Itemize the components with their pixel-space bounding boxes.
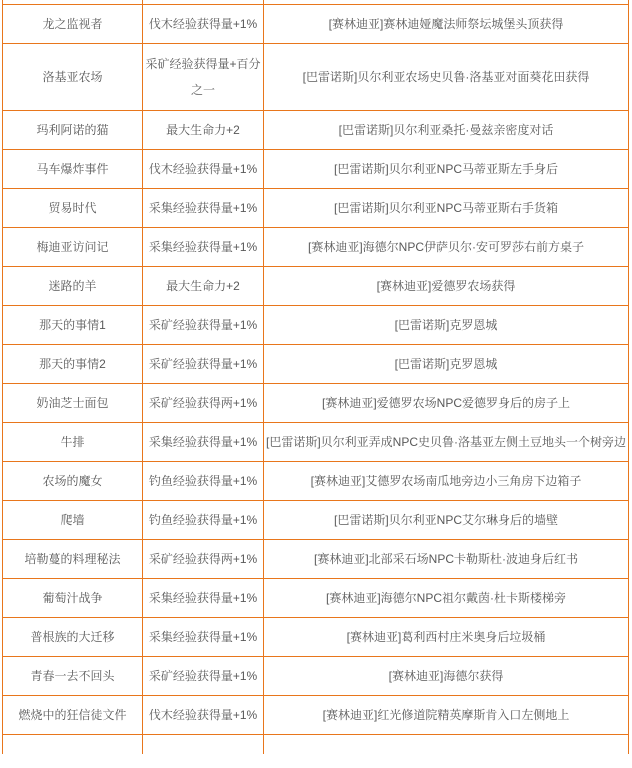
table-row: 牛排 采集经验获得量+1% [巴雷诺斯]贝尔利亚弄成NPC史贝鲁·洛基亚左侧土豆… (3, 422, 629, 461)
knowledge-location: [赛林迪亚]艾德罗农场南瓜地旁边小三角房下边箱子 (311, 474, 582, 488)
effect-cell: 最大生命力+2 (143, 110, 264, 149)
effect-cell: 采矿经验获得量+1% (143, 344, 264, 383)
knowledge-name: 迷路的羊 (48, 279, 96, 293)
name-cell: 奶油芝士面包 (3, 383, 143, 422)
knowledge-location: [巴雷诺斯]贝尔利亚弄成NPC史贝鲁·洛基亚左侧土豆地头一个树旁边 (266, 435, 626, 449)
knowledge-location: [赛林迪亚]北部采石场NPC卡勒斯杜·波迪身后红书 (314, 552, 578, 566)
name-cell: 贸易时代 (3, 188, 143, 227)
knowledge-name: 牛排 (60, 435, 84, 449)
table-row: 贸易时代 采集经验获得量+1% [巴雷诺斯]贝尔利亚NPC马蒂亚斯右手货箱 (3, 188, 629, 227)
table-body: 龙之监视者 伐木经验获得量+1% [赛林迪亚]赛林迪娅魔法师祭坛城堡头顶获得 洛… (3, 0, 629, 754)
table-row: 那天的事情2 采矿经验获得量+1% [巴雷诺斯]克罗恩城 (3, 344, 629, 383)
knowledge-effect: 最大生命力+2 (166, 279, 240, 293)
location-cell: [巴雷诺斯]贝尔利亚NPC马蒂亚斯右手货箱 (264, 188, 629, 227)
table-row: 洛基亚农场 采矿经验获得量+百分之一 [巴雷诺斯]贝尔利亚农场史贝鲁·洛基亚对面… (3, 43, 629, 110)
knowledge-effect: 采矿经验获得两+1% (149, 396, 257, 410)
knowledge-table: 龙之监视者 伐木经验获得量+1% [赛林迪亚]赛林迪娅魔法师祭坛城堡头顶获得 洛… (2, 0, 629, 754)
knowledge-effect: 伐木经验获得量+1% (149, 708, 257, 722)
location-cell: [赛林迪亚]北部采石场NPC卡勒斯杜·波迪身后红书 (264, 539, 629, 578)
name-cell: 玛利阿诺的猫 (3, 110, 143, 149)
name-cell: 龙之监视者 (3, 4, 143, 43)
location-cell: [巴雷诺斯]贝尔利亚NPC马蒂亚斯左手身后 (264, 149, 629, 188)
knowledge-name: 贸易时代 (48, 201, 96, 215)
name-cell: 培勒蔓的料理秘法 (3, 539, 143, 578)
effect-cell: 伐木经验获得量+1% (143, 149, 264, 188)
knowledge-effect: 最大生命力+2 (166, 123, 240, 137)
knowledge-location: [巴雷诺斯]克罗恩城 (395, 357, 498, 371)
name-cell: 农场的魔女 (3, 461, 143, 500)
page: 龙之监视者 伐木经验获得量+1% [赛林迪亚]赛林迪娅魔法师祭坛城堡头顶获得 洛… (0, 0, 632, 768)
location-cell: [巴雷诺斯]贝尔利亚桑托·曼兹亲密度对话 (264, 110, 629, 149)
location-cell: [巴雷诺斯]贝尔利亚弄成NPC史贝鲁·洛基亚左侧土豆地头一个树旁边 (264, 422, 629, 461)
effect-cell: 采集经验获得量+1% (143, 422, 264, 461)
table-row-partial-bottom (3, 734, 629, 754)
location-cell: [赛林迪亚]海德尔NPC祖尔戴茵·杜卡斯楼梯旁 (264, 578, 629, 617)
name-cell: 那天的事情2 (3, 344, 143, 383)
effect-cell: 采集经验获得量+1% (143, 188, 264, 227)
knowledge-name: 农场的魔女 (42, 474, 102, 488)
effect-cell: 伐木经验获得量+1% (143, 4, 264, 43)
knowledge-location: [赛林迪亚]赛林迪娅魔法师祭坛城堡头顶获得 (329, 17, 564, 31)
location-cell: [巴雷诺斯]克罗恩城 (264, 344, 629, 383)
knowledge-effect: 采矿经验获得量+百分之一 (145, 57, 260, 97)
knowledge-name: 普根族的大迁移 (30, 630, 114, 644)
table-row: 那天的事情1 采矿经验获得量+1% [巴雷诺斯]克罗恩城 (3, 305, 629, 344)
knowledge-effect: 采矿经验获得量+1% (149, 669, 257, 683)
knowledge-location: [巴雷诺斯]贝尔利亚NPC马蒂亚斯左手身后 (334, 162, 558, 176)
name-cell (3, 734, 143, 754)
effect-cell (143, 734, 264, 754)
knowledge-location: [赛林迪亚]红光修道院精英摩斯肯入口左侧地上 (323, 708, 570, 722)
location-cell: [赛林迪亚]红光修道院精英摩斯肯入口左侧地上 (264, 695, 629, 734)
knowledge-effect: 采集经验获得量+1% (149, 435, 257, 449)
knowledge-effect: 伐木经验获得量+1% (149, 162, 257, 176)
knowledge-name: 玛利阿诺的猫 (36, 123, 108, 137)
location-cell: [巴雷诺斯]克罗恩城 (264, 305, 629, 344)
knowledge-effect: 采矿经验获得量+1% (149, 357, 257, 371)
effect-cell: 采矿经验获得量+百分之一 (143, 43, 264, 110)
name-cell: 普根族的大迁移 (3, 617, 143, 656)
name-cell: 迷路的羊 (3, 266, 143, 305)
knowledge-name: 培勒蔓的料理秘法 (24, 552, 120, 566)
table-row: 燃烧中的狂信徒文件 伐木经验获得量+1% [赛林迪亚]红光修道院精英摩斯肯入口左… (3, 695, 629, 734)
knowledge-effect: 伐木经验获得量+1% (149, 17, 257, 31)
location-cell: [巴雷诺斯]贝尔利亚NPC艾尔琳身后的墙壁 (264, 500, 629, 539)
knowledge-effect: 采矿经验获得量+1% (149, 318, 257, 332)
knowledge-location: [赛林迪亚]海德尔NPC伊萨贝尔·安可罗莎右前方桌子 (308, 240, 584, 254)
knowledge-location: [巴雷诺斯]贝尔利亚NPC马蒂亚斯右手货箱 (334, 201, 558, 215)
knowledge-name: 梅迪亚访问记 (36, 240, 108, 254)
name-cell: 葡萄汁战争 (3, 578, 143, 617)
knowledge-location: [巴雷诺斯]贝尔利亚桑托·曼兹亲密度对话 (339, 123, 554, 137)
location-cell: [赛林迪亚]爱德罗农场获得 (264, 266, 629, 305)
name-cell: 梅迪亚访问记 (3, 227, 143, 266)
knowledge-location: [赛林迪亚]葛利西村庄米奥身后垃圾桶 (347, 630, 546, 644)
effect-cell: 采集经验获得量+1% (143, 617, 264, 656)
effect-cell: 钓鱼经验获得量+1% (143, 500, 264, 539)
name-cell: 牛排 (3, 422, 143, 461)
name-cell: 燃烧中的狂信徒文件 (3, 695, 143, 734)
location-cell: [巴雷诺斯]贝尔利亚农场史贝鲁·洛基亚对面葵花田获得 (264, 43, 629, 110)
effect-cell: 采集经验获得量+1% (143, 578, 264, 617)
name-cell: 洛基亚农场 (3, 43, 143, 110)
knowledge-effect: 钓鱼经验获得量+1% (149, 474, 257, 488)
effect-cell: 采矿经验获得量+1% (143, 305, 264, 344)
name-cell: 那天的事情1 (3, 305, 143, 344)
knowledge-location: [赛林迪亚]爱德罗农场NPC爱德罗身后的房子上 (322, 396, 570, 410)
location-cell: [赛林迪亚]赛林迪娅魔法师祭坛城堡头顶获得 (264, 4, 629, 43)
knowledge-name: 马车爆炸事件 (36, 162, 108, 176)
table-row: 奶油芝士面包 采矿经验获得两+1% [赛林迪亚]爱德罗农场NPC爱德罗身后的房子… (3, 383, 629, 422)
effect-cell: 伐木经验获得量+1% (143, 695, 264, 734)
table-row: 龙之监视者 伐木经验获得量+1% [赛林迪亚]赛林迪娅魔法师祭坛城堡头顶获得 (3, 4, 629, 43)
knowledge-location: [巴雷诺斯]贝尔利亚农场史贝鲁·洛基亚对面葵花田获得 (303, 70, 590, 84)
knowledge-location: [巴雷诺斯]贝尔利亚NPC艾尔琳身后的墙壁 (334, 513, 558, 527)
knowledge-effect: 采集经验获得量+1% (149, 630, 257, 644)
knowledge-location: [巴雷诺斯]克罗恩城 (395, 318, 498, 332)
effect-cell: 采矿经验获得两+1% (143, 383, 264, 422)
table-row: 农场的魔女 钓鱼经验获得量+1% [赛林迪亚]艾德罗农场南瓜地旁边小三角房下边箱… (3, 461, 629, 500)
table-row: 培勒蔓的料理秘法 采矿经验获得两+1% [赛林迪亚]北部采石场NPC卡勒斯杜·波… (3, 539, 629, 578)
knowledge-name: 那天的事情1 (39, 318, 106, 332)
table-row: 梅迪亚访问记 采集经验获得量+1% [赛林迪亚]海德尔NPC伊萨贝尔·安可罗莎右… (3, 227, 629, 266)
knowledge-name: 燃烧中的狂信徒文件 (18, 708, 126, 722)
knowledge-name: 奶油芝士面包 (36, 396, 108, 410)
table-row: 爬墙 钓鱼经验获得量+1% [巴雷诺斯]贝尔利亚NPC艾尔琳身后的墙壁 (3, 500, 629, 539)
table-row: 普根族的大迁移 采集经验获得量+1% [赛林迪亚]葛利西村庄米奥身后垃圾桶 (3, 617, 629, 656)
table-row: 青春一去不回头 采矿经验获得量+1% [赛林迪亚]海德尔获得 (3, 656, 629, 695)
knowledge-name: 葡萄汁战争 (42, 591, 102, 605)
effect-cell: 采矿经验获得量+1% (143, 656, 264, 695)
knowledge-location: [赛林迪亚]爱德罗农场获得 (377, 279, 516, 293)
knowledge-effect: 钓鱼经验获得量+1% (149, 513, 257, 527)
name-cell: 马车爆炸事件 (3, 149, 143, 188)
knowledge-name: 爬墙 (60, 513, 84, 527)
location-cell: [赛林迪亚]爱德罗农场NPC爱德罗身后的房子上 (264, 383, 629, 422)
knowledge-location: [赛林迪亚]海德尔NPC祖尔戴茵·杜卡斯楼梯旁 (326, 591, 566, 605)
knowledge-location: [赛林迪亚]海德尔获得 (389, 669, 504, 683)
location-cell: [赛林迪亚]海德尔获得 (264, 656, 629, 695)
name-cell: 青春一去不回头 (3, 656, 143, 695)
location-cell: [赛林迪亚]葛利西村庄米奥身后垃圾桶 (264, 617, 629, 656)
knowledge-effect: 采集经验获得量+1% (149, 201, 257, 215)
table-row: 葡萄汁战争 采集经验获得量+1% [赛林迪亚]海德尔NPC祖尔戴茵·杜卡斯楼梯旁 (3, 578, 629, 617)
location-cell: [赛林迪亚]海德尔NPC伊萨贝尔·安可罗莎右前方桌子 (264, 227, 629, 266)
knowledge-name: 那天的事情2 (39, 357, 106, 371)
knowledge-effect: 采集经验获得量+1% (149, 240, 257, 254)
knowledge-effect: 采集经验获得量+1% (149, 591, 257, 605)
effect-cell: 采矿经验获得两+1% (143, 539, 264, 578)
effect-cell: 钓鱼经验获得量+1% (143, 461, 264, 500)
knowledge-name: 洛基亚农场 (42, 70, 102, 84)
effect-cell: 采集经验获得量+1% (143, 227, 264, 266)
location-cell (264, 734, 629, 754)
table-row: 玛利阿诺的猫 最大生命力+2 [巴雷诺斯]贝尔利亚桑托·曼兹亲密度对话 (3, 110, 629, 149)
knowledge-effect: 采矿经验获得两+1% (149, 552, 257, 566)
knowledge-name: 龙之监视者 (42, 17, 102, 31)
table-row: 迷路的羊 最大生命力+2 [赛林迪亚]爱德罗农场获得 (3, 266, 629, 305)
location-cell: [赛林迪亚]艾德罗农场南瓜地旁边小三角房下边箱子 (264, 461, 629, 500)
name-cell: 爬墙 (3, 500, 143, 539)
effect-cell: 最大生命力+2 (143, 266, 264, 305)
table-row: 马车爆炸事件 伐木经验获得量+1% [巴雷诺斯]贝尔利亚NPC马蒂亚斯左手身后 (3, 149, 629, 188)
knowledge-name: 青春一去不回头 (30, 669, 114, 683)
